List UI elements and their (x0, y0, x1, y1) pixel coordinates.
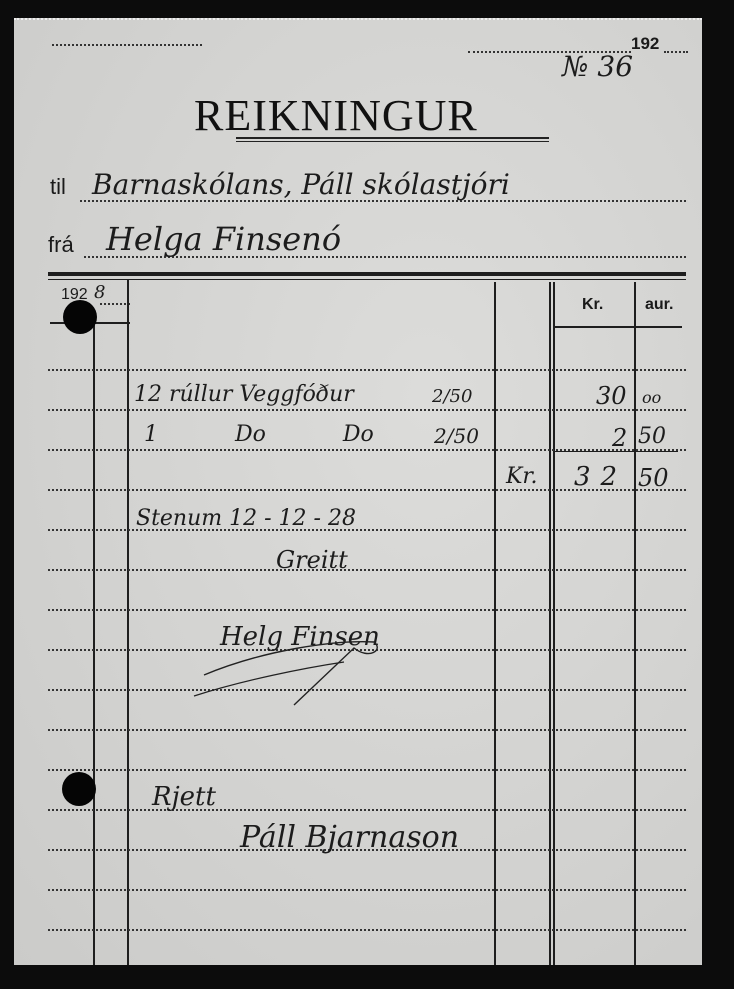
printed-year-top: 192 (631, 34, 659, 54)
line-item-2-kr: 2 (612, 424, 627, 452)
kr-aur-divider (634, 282, 636, 965)
to-label: til (50, 174, 66, 200)
from-label: frá (48, 232, 74, 258)
amount-header-rule (554, 326, 682, 328)
amount-left-border-double (553, 282, 555, 965)
year-dotted (100, 303, 130, 305)
title-underline-thin (236, 141, 549, 142)
signature-flourish (174, 600, 414, 710)
invoice-number: № 36 (562, 50, 633, 83)
aur-column-header: aur. (645, 296, 673, 314)
line-item-2-aur: 50 (638, 424, 666, 449)
description-right-border (494, 282, 496, 965)
line-item-2-unit-price: 2/50 (434, 424, 479, 448)
top-left-dotted-line (52, 44, 202, 46)
invoice-page: 192 № 36 REIKNINGUR til Barnaskólans, Pá… (14, 18, 702, 965)
sum-underline (554, 451, 678, 452)
paid-note: Greitt (276, 546, 348, 574)
header-thick-rule (48, 272, 686, 276)
top-year-suffix-line (664, 51, 688, 53)
title-underline (236, 137, 549, 139)
kr-column-header: Kr. (582, 296, 603, 314)
header-thin-rule (48, 279, 686, 280)
to-recipient: Barnaskólans, Páll skólastjóri (92, 168, 510, 201)
total-aur: 50 (638, 464, 669, 492)
total-kr: 32 (574, 462, 627, 492)
line-item-1-unit-price: 2/50 (432, 386, 472, 407)
date-year-handwritten: 8 (94, 282, 105, 303)
punch-hole-bottom (62, 772, 96, 806)
from-sender: Helga Finsenó (106, 220, 341, 258)
total-label: Kr. (506, 464, 538, 489)
line-item-1-aur: oo (642, 388, 661, 407)
place-and-date: Stenum 12 - 12 - 28 (136, 506, 356, 531)
line-item-2-description: 1 Do Do (144, 422, 374, 447)
punch-hole-top (63, 300, 97, 334)
document-title: REIKNINGUR (194, 90, 478, 141)
date-column-divider (93, 322, 95, 965)
line-item-1-description: 12 rúllur Veggfóður (134, 382, 354, 407)
approval-note: Rjett (152, 782, 216, 812)
amount-left-border (549, 282, 551, 965)
approver-signature: Páll Bjarnason (240, 820, 459, 855)
description-left-border (127, 280, 129, 965)
line-item-1-kr: 30 (596, 382, 627, 410)
